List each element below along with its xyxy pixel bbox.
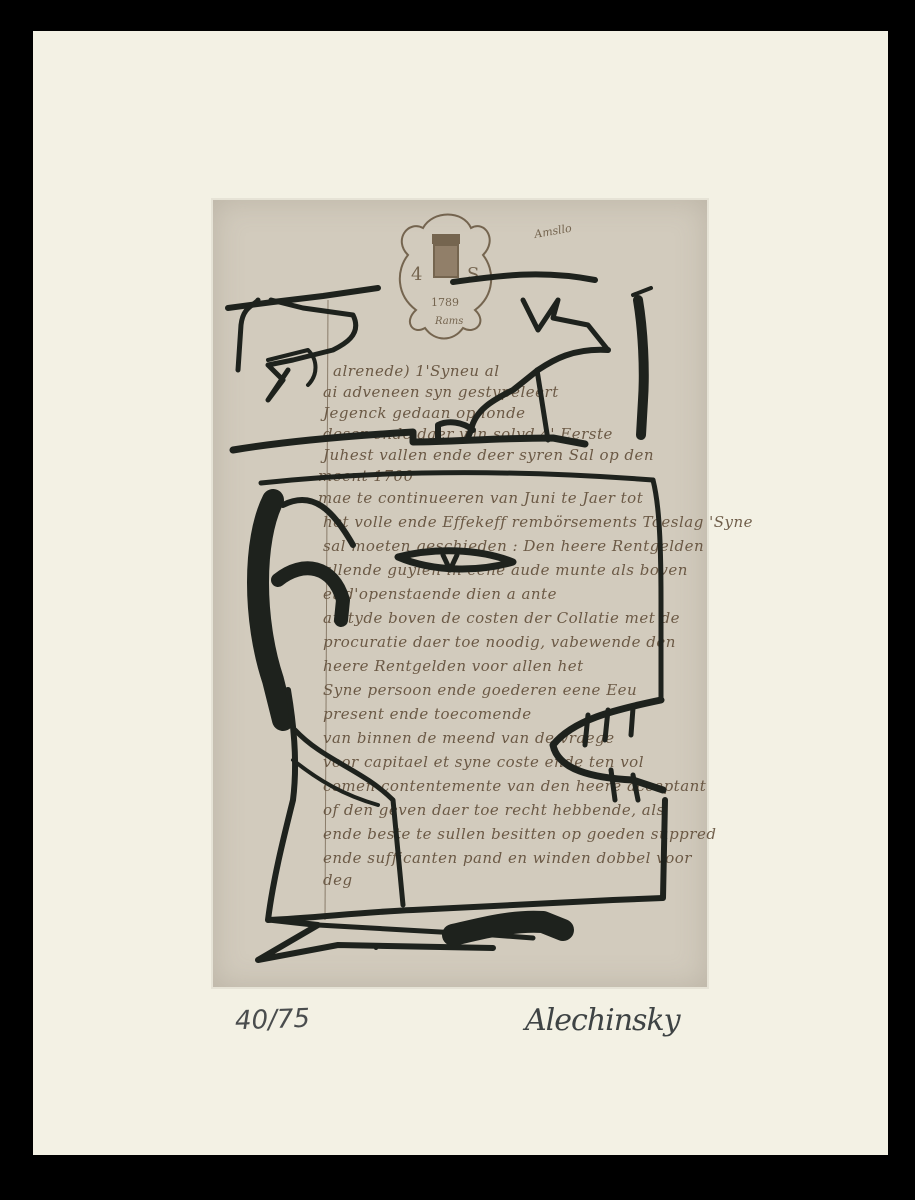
svg-text:Amsllo: Amsllo [532,222,573,242]
etching-plate: alrenede) 1'Syneu al ai adveneen syn ges… [213,200,707,987]
ink-drawing: 4 S 1789 Rams Amsllo [213,200,707,987]
svg-text:Rams: Rams [434,316,463,327]
svg-text:1789: 1789 [431,296,459,309]
artist-signature: Alechinsky [525,1003,680,1038]
ink-strokes [228,274,665,960]
edition-number: 40/75 [234,1004,310,1037]
svg-text:4: 4 [411,264,422,285]
